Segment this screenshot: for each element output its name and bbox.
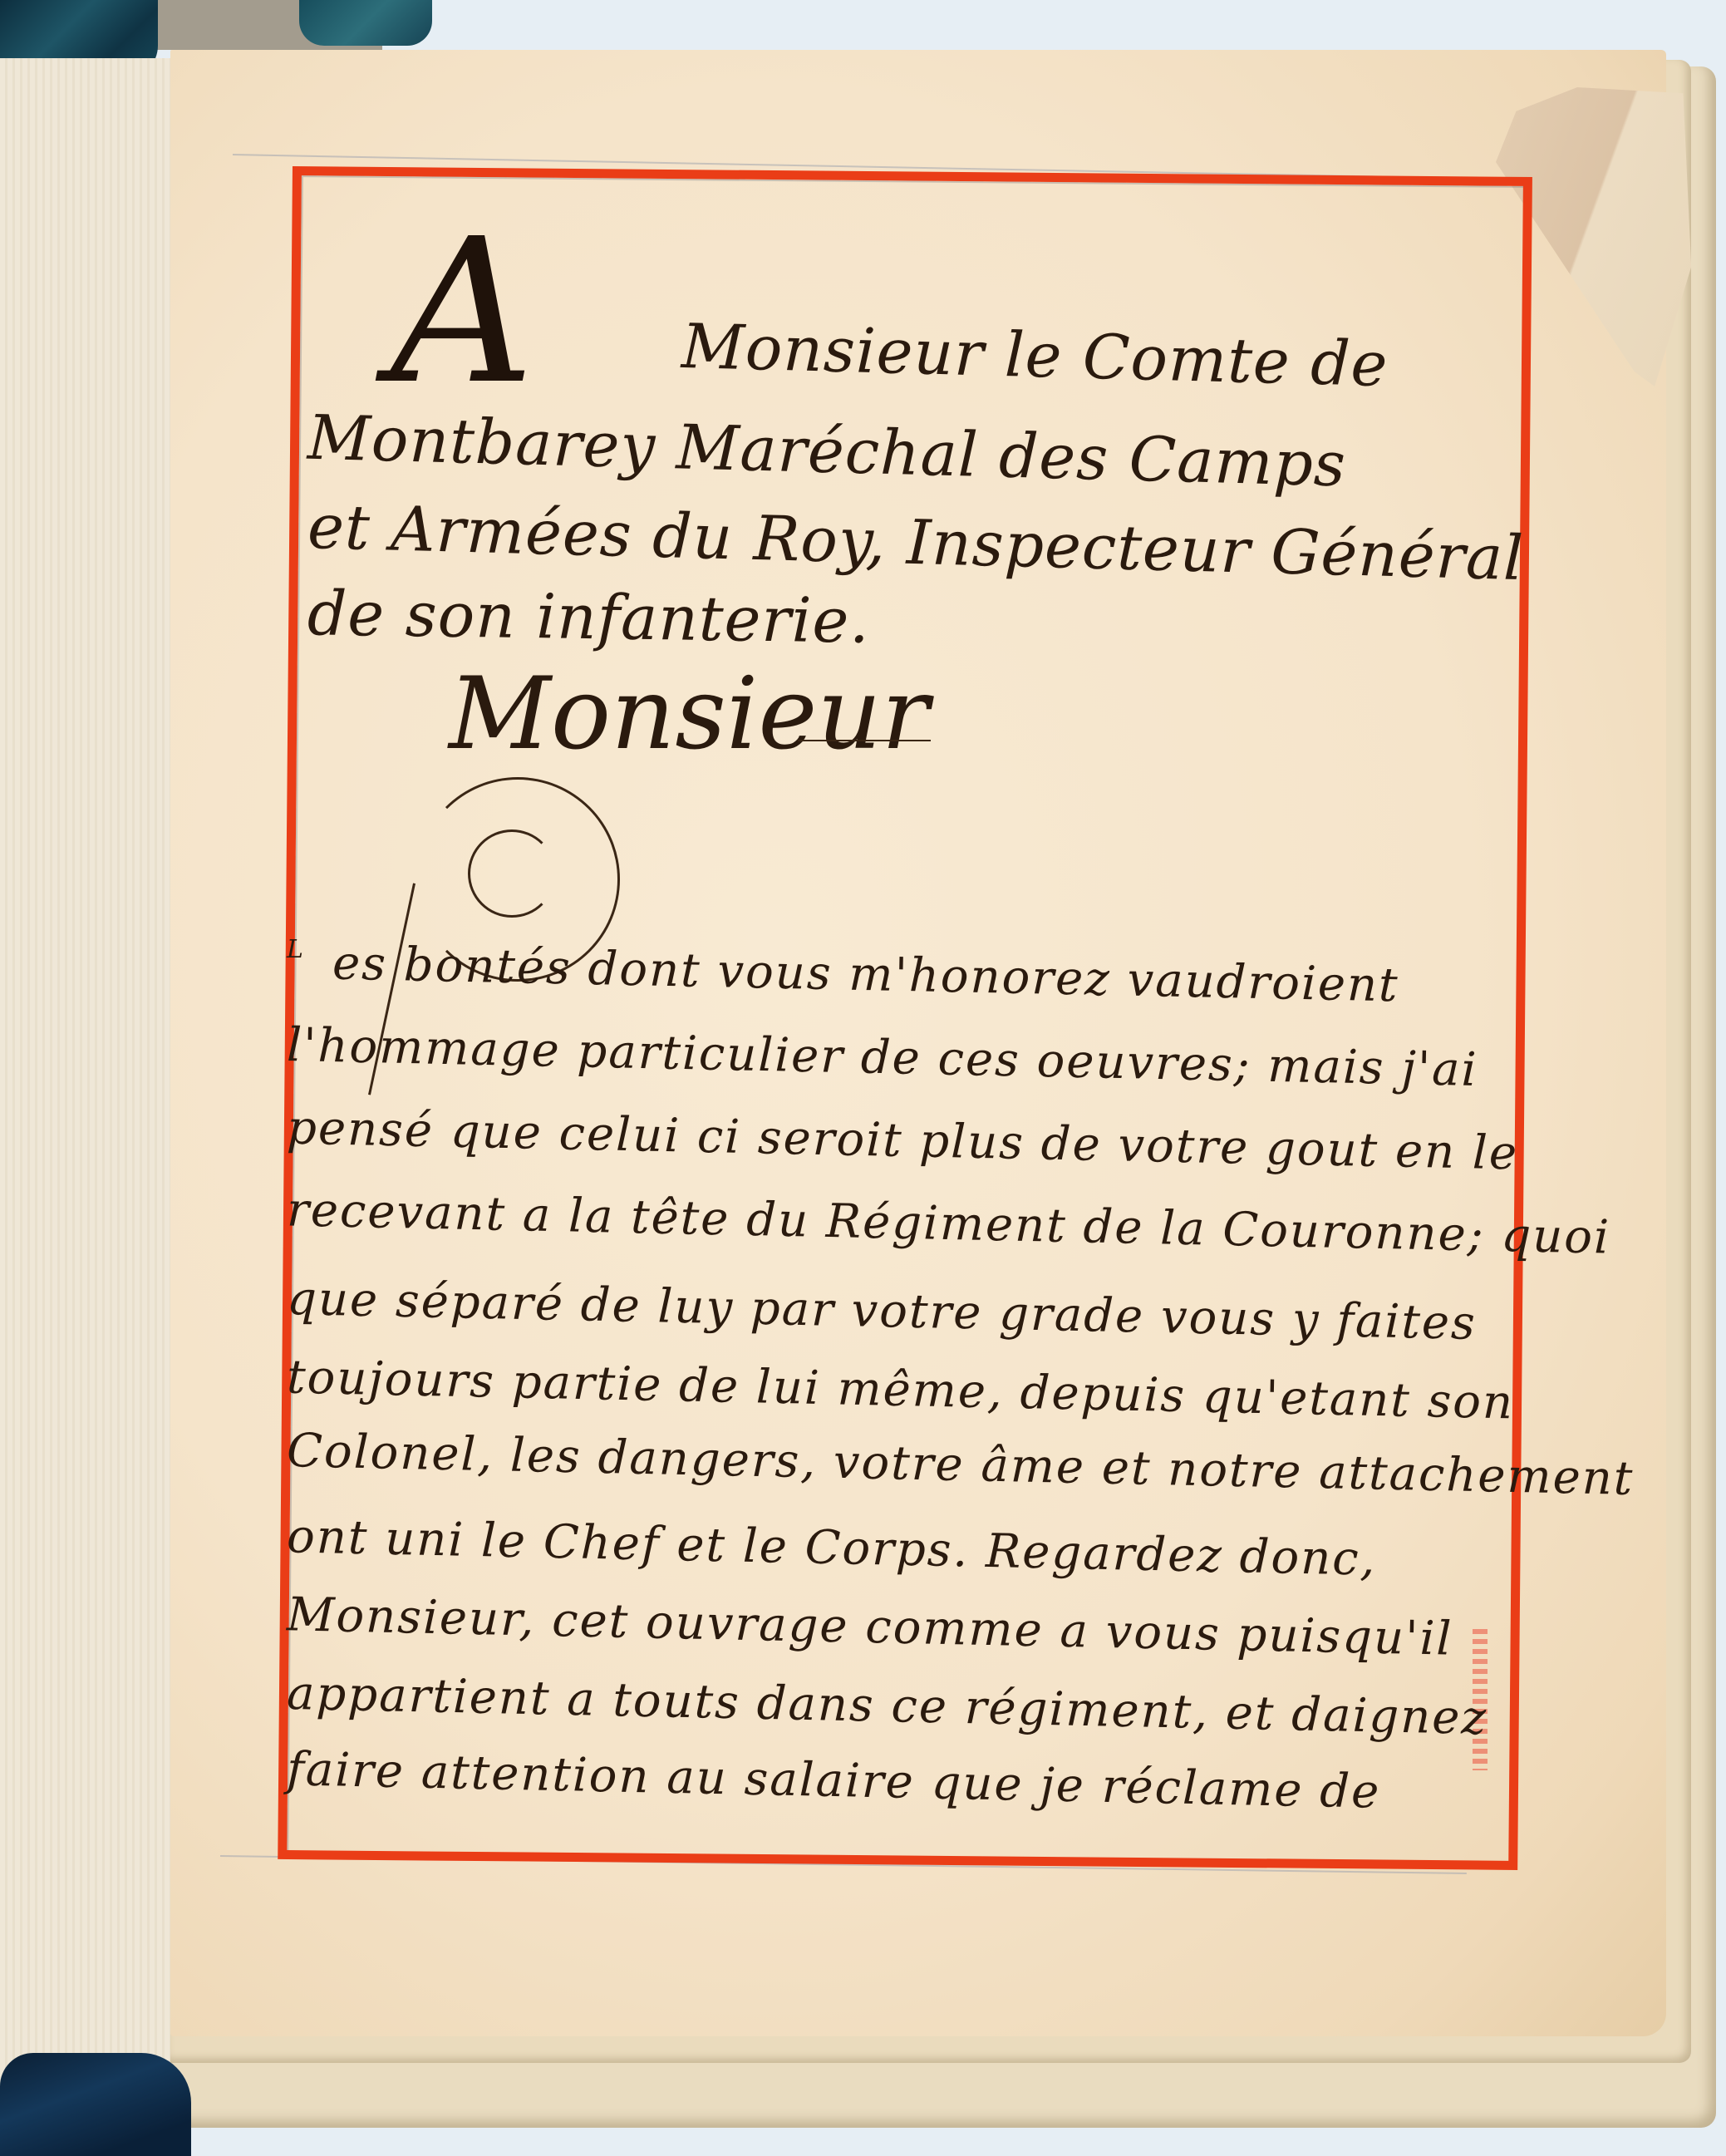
salutation-flourish [798, 740, 931, 741]
address-line-4: de son infanterie. [307, 578, 870, 657]
binding-ribbon-top [299, 0, 432, 46]
initial-l-glyph: L [287, 935, 305, 964]
salutation: Monsieur [449, 657, 929, 772]
binding-ribbon-bottom-left [0, 2053, 191, 2156]
facing-page-edge [0, 58, 173, 2086]
decorated-initial-a: A [391, 212, 534, 411]
